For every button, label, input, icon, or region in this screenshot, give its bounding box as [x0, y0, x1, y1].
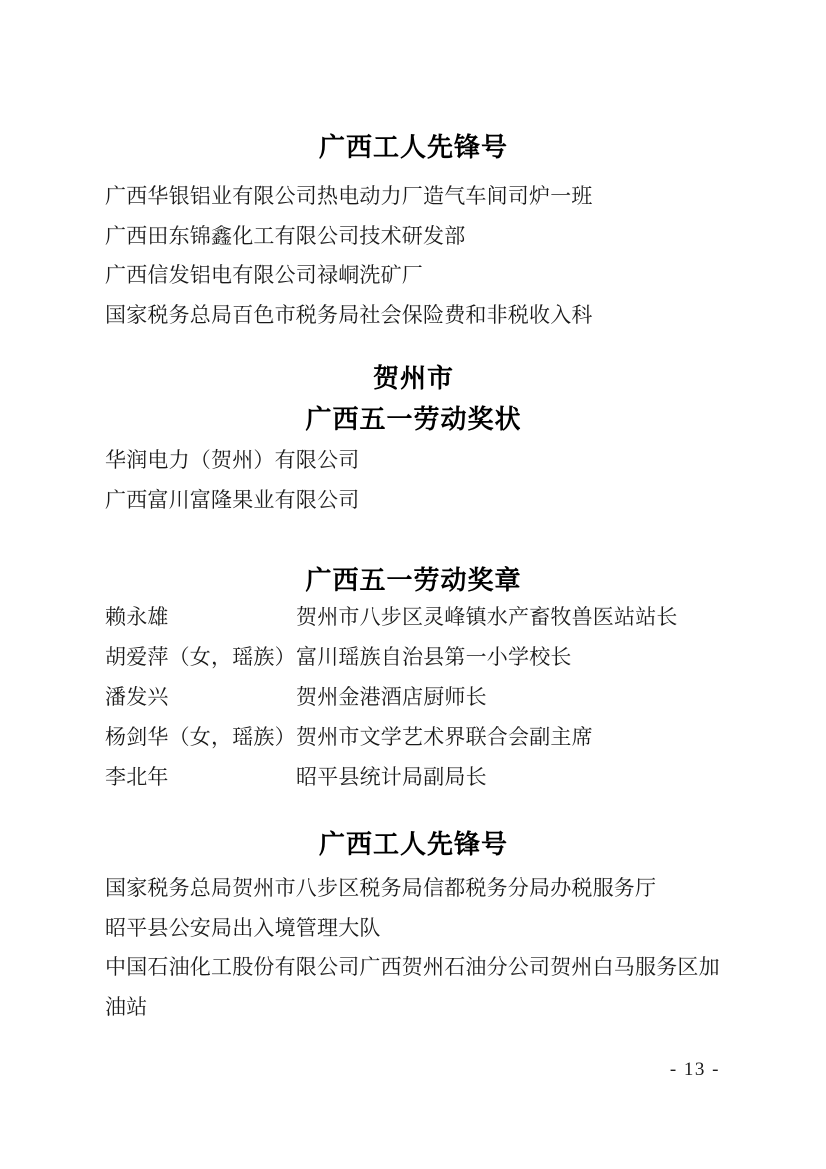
table-row: 潘发兴 贺州金港酒店厨师长	[105, 677, 722, 717]
table-row: 杨剑华（女，瑶族） 贺州市文学艺术界联合会副主席	[105, 717, 722, 757]
recipient-name: 胡爱萍（女，瑶族）	[105, 637, 296, 677]
recipient-name: 杨剑华（女，瑶族）	[105, 717, 296, 757]
award-list-labor-certificate: 华润电力（贺州）有限公司 广西富川富隆果业有限公司	[105, 441, 722, 520]
table-row: 李北年 昭平县统计局副局长	[105, 757, 722, 797]
recipient-name: 赖永雄	[105, 597, 296, 637]
award-item: 昭平县公安局出入境管理大队	[105, 909, 722, 949]
document-page: 广西工人先锋号 广西华银铝业有限公司热电动力厂造气车间司炉一班 广西田东锦鑫化工…	[0, 0, 826, 1169]
award-item: 广西富川富隆果业有限公司	[105, 481, 722, 521]
award-item: 广西华银铝业有限公司热电动力厂造气车间司炉一班	[105, 177, 722, 217]
award-item: 广西信发铝电有限公司禄峒洗矿厂	[105, 256, 722, 296]
recipient-title: 富川瑶族自治县第一小学校长	[296, 637, 722, 677]
recipient-title: 贺州市八步区灵峰镇水产畜牧兽医站站长	[296, 597, 722, 637]
award-item: 中国石油化工股份有限公司广西贺州石油分公司贺州白马服务区加油站	[105, 948, 722, 1027]
table-row: 胡爱萍（女，瑶族） 富川瑶族自治县第一小学校长	[105, 637, 722, 677]
page-number: - 13 -	[670, 1059, 720, 1081]
recipient-name: 潘发兴	[105, 677, 296, 717]
award-item: 广西田东锦鑫化工有限公司技术研发部	[105, 217, 722, 257]
award-item: 国家税务总局贺州市八步区税务局信都税务分局办税服务厅	[105, 869, 722, 909]
recipient-title: 昭平县统计局副局长	[296, 757, 722, 797]
award-item: 华润电力（贺州）有限公司	[105, 441, 722, 481]
section-heading-worker-pioneer-1: 广西工人先锋号	[105, 131, 722, 164]
section-heading-worker-pioneer-2: 广西工人先锋号	[105, 828, 722, 861]
award-table-labor-medal: 赖永雄 贺州市八步区灵峰镇水产畜牧兽医站站长 胡爱萍（女，瑶族） 富川瑶族自治县…	[105, 597, 722, 797]
award-list-worker-pioneer-1: 广西华银铝业有限公司热电动力厂造气车间司炉一班 广西田东锦鑫化工有限公司技术研发…	[105, 177, 722, 335]
award-item: 国家税务总局百色市税务局社会保险费和非税收入科	[105, 296, 722, 336]
section-heading-labor-certificate: 广西五一劳动奖状	[105, 403, 722, 436]
award-list-worker-pioneer-2: 国家税务总局贺州市八步区税务局信都税务分局办税服务厅 昭平县公安局出入境管理大队…	[105, 869, 722, 1027]
page-content: 广西工人先锋号 广西华银铝业有限公司热电动力厂造气车间司炉一班 广西田东锦鑫化工…	[0, 0, 826, 1027]
recipient-title: 贺州市文学艺术界联合会副主席	[296, 717, 722, 757]
city-heading-hezhou: 贺州市	[105, 362, 722, 395]
table-row: 赖永雄 贺州市八步区灵峰镇水产畜牧兽医站站长	[105, 597, 722, 637]
section-heading-labor-medal: 广西五一劳动奖章	[105, 564, 722, 597]
recipient-title: 贺州金港酒店厨师长	[296, 677, 722, 717]
recipient-name: 李北年	[105, 757, 296, 797]
